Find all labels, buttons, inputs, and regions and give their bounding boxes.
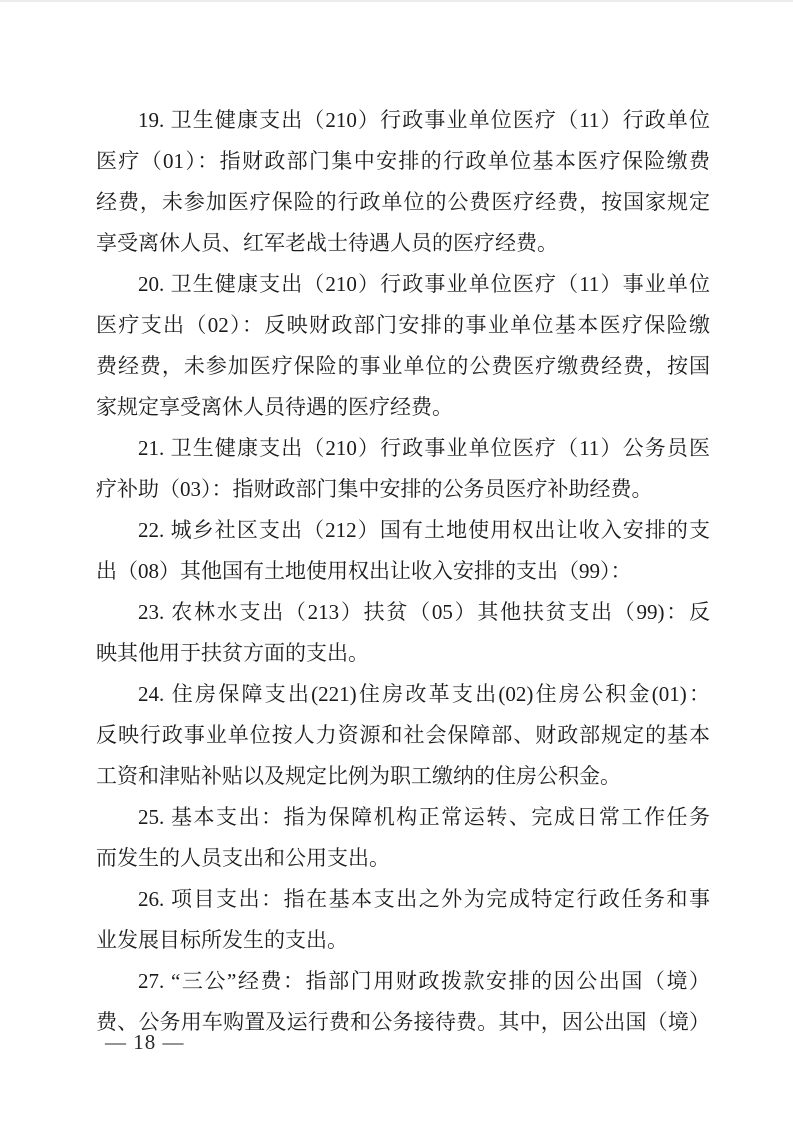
text-line: 24. 住房保障支出(221)住房改革支出(02)住房公积金(01)： [96,674,710,715]
text-line: 经费，未参加医疗保险的行政单位的公费医疗经费，按国家规定 [96,182,710,223]
page-number: — 18 — [105,1027,185,1057]
paragraph-item-25: 25. 基本支出：指为保障机构正常运转、完成日常工作任务 而发生的人员支出和公用… [96,797,710,879]
text-line: 享受离休人员、红军老战士待遇人员的医疗经费。 [96,223,710,264]
document-body: 19. 卫生健康支出（210）行政事业单位医疗（11）行政单位 医疗（01）：指… [96,100,710,1043]
text-line: 医疗（01）：指财政部门集中安排的行政单位基本医疗保险缴费 [96,141,710,182]
text-line: 疗补助（03）：指财政部门集中安排的公务员医疗补助经费。 [96,469,710,510]
text-line: 21. 卫生健康支出（210）行政事业单位医疗（11）公务员医 [96,428,710,469]
text-line: 费、公务用车购置及运行费和公务接待费。其中，因公出国（境） [96,1002,710,1043]
text-line: 20. 卫生健康支出（210）行政事业单位医疗（11）事业单位 [96,264,710,305]
text-line: 工资和津贴补贴以及规定比例为职工缴纳的住房公积金。 [96,756,710,797]
text-line: 家规定享受离休人员待遇的医疗经费。 [96,387,710,428]
paragraph-item-22: 22. 城乡社区支出（212）国有土地使用权出让收入安排的支 出（08）其他国有… [96,510,710,592]
text-line: 医疗支出（02）：反映财政部门安排的事业单位基本医疗保险缴 [96,305,710,346]
text-line: 费经费，未参加医疗保险的事业单位的公费医疗缴费经费，按国 [96,346,710,387]
text-line: 反映行政事业单位按人力资源和社会保障部、财政部规定的基本 [96,715,710,756]
paragraph-item-19: 19. 卫生健康支出（210）行政事业单位医疗（11）行政单位 医疗（01）：指… [96,100,710,264]
text-line: 映其他用于扶贫方面的支出。 [96,633,710,674]
document-page: 19. 卫生健康支出（210）行政事业单位医疗（11）行政单位 医疗（01）：指… [0,0,793,1122]
text-line: 26. 项目支出：指在基本支出之外为完成特定行政任务和事 [96,879,710,920]
paragraph-item-23: 23. 农林水支出（213）扶贫（05）其他扶贫支出（99)：反 映其他用于扶贫… [96,592,710,674]
text-line: 22. 城乡社区支出（212）国有土地使用权出让收入安排的支 [96,510,710,551]
scan-edge-artifact [0,0,793,2]
paragraph-item-27: 27. “三公”经费：指部门用财政拨款安排的因公出国（境） 费、公务用车购置及运… [96,961,710,1043]
text-line: 27. “三公”经费：指部门用财政拨款安排的因公出国（境） [96,961,710,1002]
paragraph-item-24: 24. 住房保障支出(221)住房改革支出(02)住房公积金(01)： 反映行政… [96,674,710,797]
text-line: 23. 农林水支出（213）扶贫（05）其他扶贫支出（99)：反 [96,592,710,633]
text-line: 出（08）其他国有土地使用权出让收入安排的支出（99）： [96,551,710,592]
paragraph-item-20: 20. 卫生健康支出（210）行政事业单位医疗（11）事业单位 医疗支出（02）… [96,264,710,428]
paragraph-item-26: 26. 项目支出：指在基本支出之外为完成特定行政任务和事 业发展目标所发生的支出… [96,879,710,961]
text-line: 19. 卫生健康支出（210）行政事业单位医疗（11）行政单位 [96,100,710,141]
text-line: 业发展目标所发生的支出。 [96,920,710,961]
text-line: 25. 基本支出：指为保障机构正常运转、完成日常工作任务 [96,797,710,838]
text-line: 而发生的人员支出和公用支出。 [96,838,710,879]
paragraph-item-21: 21. 卫生健康支出（210）行政事业单位医疗（11）公务员医 疗补助（03）：… [96,428,710,510]
